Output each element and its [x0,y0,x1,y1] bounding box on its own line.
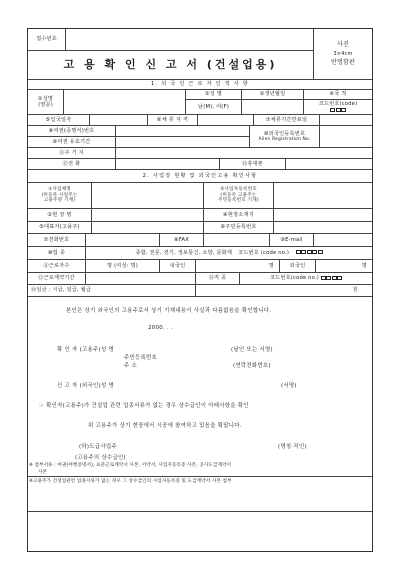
industry-options[interactable]: 종합, 전문, 전기, 정보통신, 소방, 문화재 [135,250,232,257]
resident-no-label: ⑥주민등록번호 [204,222,274,234]
representative-label: ⑤대표자(고용주) [28,222,92,234]
stay-expiry-field[interactable] [320,115,372,126]
employer-note: ※고용주가 건설업관련 업종서류가 없는 경우 그 상수급인의 사업자등록증 및… [29,478,232,484]
name-label: ①성명 (영문) [28,90,64,115]
alien-reg-label: ⑩외국인등록번호 Alien Registration No. [250,126,320,148]
mobile-label: ⑬휴대폰 [220,159,286,170]
contractor-sublabel: (고용주의 상수급인) [75,453,126,461]
workers-label: ⑪근로자수 [28,260,86,273]
contractor-seal-label[interactable]: (명칭·직인) [278,442,307,450]
confirmer-label: 확 인 자 (고용주) [57,345,101,353]
nationality-code-field[interactable]: 코드번호(code) [304,100,372,115]
wage-label: ⑭임금 : 시급, 일급, 월급 [28,285,196,297]
site-location-field[interactable] [274,209,372,222]
confirmer-seal-label[interactable]: (날인 또는 서명) [231,345,273,353]
site-name-label: ③현 장 명 [28,209,92,222]
phone-field[interactable] [116,159,220,170]
nationality-label: ④국 적 [304,90,372,100]
photo-type: 반명함판 [331,58,355,68]
wage-field[interactable]: 원 [196,285,372,297]
section1-heading: 1. 외 국 인 근 로 자 인 적 사 항 [28,80,372,90]
sex-label: ②성 별 [186,90,242,100]
email-field[interactable] [314,234,372,247]
section2-heading: 2. 사업장 현황 및 외국인고용 확인사항 [28,170,372,183]
industry-code-label: 코드번호 (code no.) [238,250,289,257]
visa-status-label: ⑥체 류 자 격 [148,115,198,126]
alien-reg-field[interactable] [320,126,372,148]
confirmation-date[interactable]: 2000. . . [148,325,173,331]
receipt-no-label: 접수번호 [28,29,66,51]
industry-code-boxes[interactable] [295,250,323,257]
name-field[interactable] [64,90,186,115]
photo-label: 사진 [337,40,349,50]
email-label: ⑨E-mail [270,234,314,247]
job-code-boxes[interactable] [320,275,342,282]
birth-field[interactable] [242,100,304,115]
confirmation-statement: 본인은 상기 외국인의 고용주로서 상기 기재내용이 사실과 다름없음을 확인합… [66,306,271,314]
phone-label: ⑫전 화 [28,159,116,170]
confirmer-contact-label: (연락전화번호) [233,361,271,369]
tel-field[interactable] [86,234,160,247]
site-location-label: ④현장소재지 [204,209,274,222]
alien-reg-label-en: Alien Registration No. [259,137,311,143]
confirmer-address-label: 주 소 [124,361,137,369]
representative-field[interactable] [92,222,204,234]
domestic-label: 내국인 [160,260,196,273]
foreign-label: 외국인 [280,260,316,273]
resident-no-field[interactable] [274,222,372,234]
company-name-label: ①사업체명 (미등록 사업주는 고용주명 기재) [28,183,92,209]
company-name-field[interactable] [92,183,204,209]
contractor-notice: ☞ 확인자(고용주)가 건설업 관련 업종서류가 없는 경우 상수급인이 아래사… [39,401,249,409]
job-type-label: ⑬직 종 [196,273,240,285]
address-field[interactable] [116,148,372,159]
form-title: 고 용 확 인 신 고 서 (건설업용) [28,51,314,80]
biz-reg-label: ②사업자등록번호 (미등록 고용주는 주민등록번호 기재) [204,183,274,209]
attachments-note-line1: ※ 첨부서류 : 여권(여행증명서), 표준근로계약서 사본, 서약서, 사업자… [29,462,231,468]
employment-report-form: 접수번호 고 용 확 인 신 고 서 (건설업용) 사진 3×4cm 반명함판 … [27,28,373,552]
address-label: ⑪주 거 지 [28,148,116,159]
job-code-field[interactable]: 코드번호(code no.) [240,273,372,285]
passport-validity-label: ⑨여권 유효기간 [28,137,116,148]
sex-field[interactable]: 남(M), 여(F) [186,100,242,115]
passport-no-field[interactable] [116,126,250,137]
reporter-signature-label[interactable]: (서명) [281,381,297,389]
contract-period-label: ⑫근로계약기간 [28,273,86,285]
nationality-code-boxes[interactable] [330,107,347,114]
site-name-field[interactable] [92,209,204,222]
photo-size: 3×4cm [333,50,352,58]
passport-no-label: ⑧여권(증명서)번호 [28,126,116,137]
confirmer-resident-no-label: 주민등록번호 [124,353,157,361]
industry-field[interactable]: 종합, 전문, 전기, 정보통신, 소방, 문화재 코드번호 (code no.… [86,247,372,260]
domestic-field[interactable]: 명 [196,260,280,273]
contract-period-field[interactable] [86,273,196,285]
footer-divider [28,476,372,477]
entry-date-field[interactable] [90,115,148,126]
contractor-label: (하)도급사업주 [79,442,117,450]
mobile-field[interactable] [286,159,372,170]
tel-label: ⑦전화번호 [28,234,86,247]
birth-label: ③생년월일 [242,90,304,100]
attachments-note-line2: 사본 [38,469,47,475]
entry-date-label: ⑤입국일자 [28,115,90,126]
passport-validity-field[interactable] [116,137,250,148]
fax-field[interactable] [204,234,270,247]
confirmer-name-label: 성 명 [101,345,114,353]
fax-label: ⑧FAX [160,234,204,247]
industry-label: ⑩업 종 [28,247,86,260]
foreign-field[interactable]: 명 [316,260,372,273]
photo-area[interactable]: 사진 3×4cm 반명함판 [314,29,372,80]
reporter-name-label: 성 명 [101,381,114,389]
reporter-label: 신 고 자 (외국인) [57,381,101,389]
job-code-label: 코드번호(code no.) [270,275,319,282]
contractor-statement: 위 고용주가 상기 현장에서 시공에 참여하고 있음을 확답니다. [88,421,242,429]
receipt-no-field[interactable] [66,29,314,51]
workers-total-field[interactable]: 명 (여성: 명) [86,260,160,273]
biz-reg-field[interactable] [274,183,372,209]
stay-expiry-label: ⑦체류기간만료일 [254,115,320,126]
visa-status-field[interactable] [198,115,254,126]
